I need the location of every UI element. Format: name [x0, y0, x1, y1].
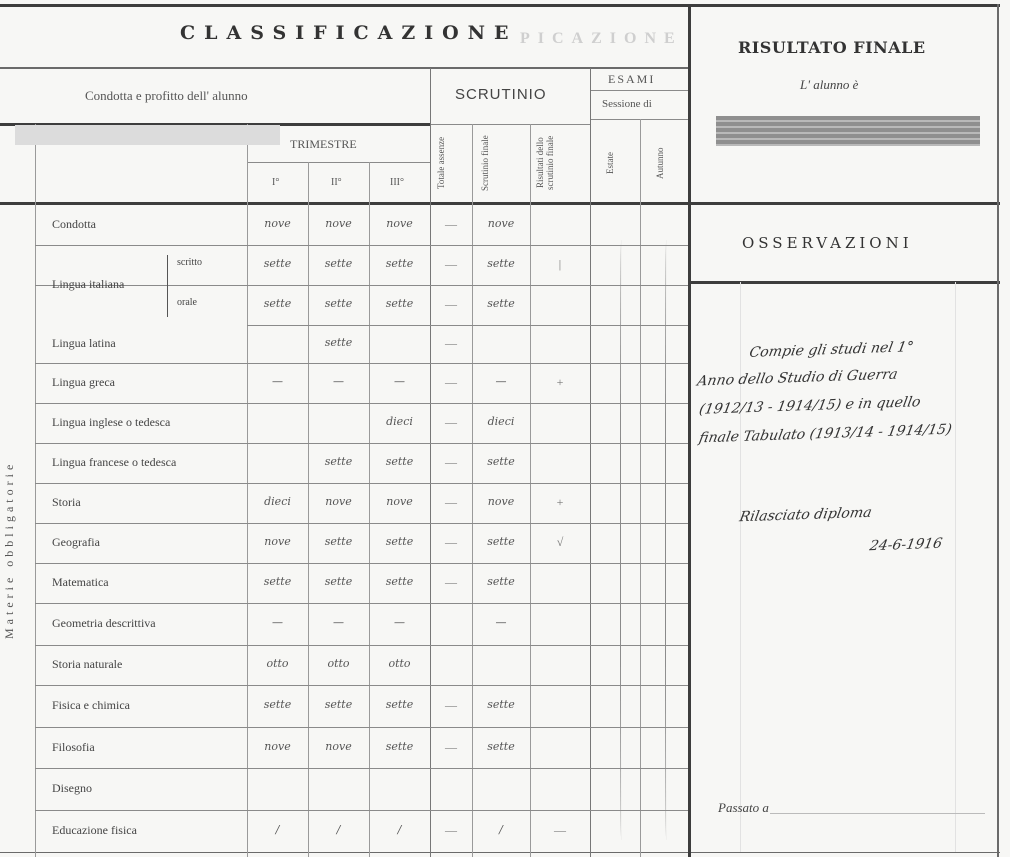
subject-name: Lingua greca	[52, 375, 115, 390]
bleed-col-line	[740, 282, 741, 852]
grade-assenze: —	[430, 297, 472, 312]
grade-t1: dieci	[247, 495, 308, 508]
subject-name: Geografia	[52, 535, 100, 550]
rule-scrutinio-bottom	[430, 124, 590, 125]
grade-assenze: —	[430, 698, 472, 713]
row-divider	[35, 403, 688, 404]
grade-t3: sette	[369, 740, 430, 753]
bleed-through-bar	[15, 125, 280, 145]
grade-t1: otto	[247, 657, 308, 670]
esami-header: ESAMI	[608, 72, 655, 87]
trimestre-1: I°	[272, 177, 279, 188]
grade-t3: otto	[369, 657, 430, 670]
row-divider	[35, 523, 688, 524]
grade-t3: sette	[369, 535, 430, 548]
col-line-finale	[530, 124, 531, 857]
subject-name: Educazione fisica	[52, 823, 137, 838]
grade-t1: sette	[247, 297, 308, 310]
grade-finale: /	[472, 823, 530, 836]
redacted-result	[716, 116, 980, 146]
bottom-border	[0, 852, 1000, 853]
trimestre-3: III°	[390, 177, 404, 188]
subject-name: Lingua francese o tedesca	[52, 455, 176, 470]
subject-name: Disegno	[52, 781, 92, 796]
grade-t2: nove	[308, 495, 369, 508]
rule-trimestre-bottom	[247, 162, 430, 163]
bleed-through-text: PICAZIONE	[520, 30, 683, 48]
top-border	[0, 4, 1000, 7]
grade-finale: sette	[472, 575, 530, 588]
grade-t1: nove	[247, 217, 308, 230]
trimestre-2: II°	[331, 177, 342, 188]
grade-finale: sette	[472, 257, 530, 270]
grade-t1: —	[247, 375, 308, 388]
row-divider	[35, 727, 688, 728]
row-divider	[247, 325, 688, 326]
subject-name: Matematica	[52, 575, 109, 590]
grade-t3: sette	[369, 297, 430, 310]
grade-assenze: —	[430, 257, 472, 272]
row-divider	[35, 483, 688, 484]
row-divider	[35, 245, 688, 246]
subject-name: Lingua latina	[52, 336, 116, 351]
grade-ris: —	[530, 823, 590, 838]
subject-name: Fisica e chimica	[52, 698, 130, 713]
condotta-profitto-header: Condotta e profitto dell' alunno	[85, 88, 248, 104]
subject-subtype: scritto	[177, 257, 202, 268]
estate-header: Estate	[605, 130, 625, 196]
grade-t1: nove	[247, 740, 308, 753]
grade-assenze: —	[430, 495, 472, 510]
grade-t2: —	[308, 375, 369, 388]
passato-a-label: Passato a	[718, 800, 769, 816]
subject-name: Storia naturale	[52, 657, 122, 672]
grade-t2: sette	[308, 698, 369, 711]
subject-name: Lingua italiana	[52, 277, 124, 292]
sessione-di-header: Sessione di	[602, 98, 652, 110]
note-line-1: Compie gli studi nel 1°	[748, 339, 915, 361]
grade-assenze: —	[430, 823, 472, 838]
grade-assenze: —	[430, 217, 472, 232]
grade-t3: dieci	[369, 415, 430, 428]
grade-ris: |	[530, 257, 590, 272]
grade-finale: —	[472, 375, 530, 388]
note-line-3: (1912/13 - 1914/15) e in quello	[698, 394, 922, 418]
grade-t2: sette	[308, 257, 369, 270]
row-divider	[35, 645, 688, 646]
materie-obbligatorie-label: Materie obbligatorie	[2, 395, 32, 705]
subtype-bracket	[167, 255, 168, 317]
grade-assenze: —	[430, 336, 472, 351]
grade-t1: sette	[247, 257, 308, 270]
grade-t1: sette	[247, 698, 308, 711]
right-outer-border	[997, 4, 999, 857]
note-diploma: Rilasciato diploma	[738, 505, 873, 526]
rule-below-title	[0, 67, 690, 69]
grade-t2: nove	[308, 217, 369, 230]
grade-ris: √	[530, 535, 590, 550]
subject-name: Filosofia	[52, 740, 95, 755]
classificazione-title: CLASSIFICAZIONE	[180, 22, 518, 44]
grade-t2: nove	[308, 740, 369, 753]
grade-finale: sette	[472, 698, 530, 711]
subject-name: Condotta	[52, 217, 96, 232]
row-divider	[35, 603, 688, 604]
subject-name: Storia	[52, 495, 81, 510]
grade-assenze: —	[430, 740, 472, 755]
autunno-header: Autunno	[655, 130, 675, 196]
row-divider	[35, 685, 688, 686]
rule-right-risultato-bottom	[690, 202, 1000, 205]
grade-finale: dieci	[472, 415, 530, 428]
grade-t2: sette	[308, 535, 369, 548]
scrutinio-header: SCRUTINIO	[455, 86, 547, 103]
note-line-2: Anno dello Studio di Guerra	[696, 367, 899, 390]
passato-a-line	[770, 813, 985, 814]
grade-t3: sette	[369, 575, 430, 588]
grade-t2: —	[308, 616, 369, 629]
row-divider	[35, 563, 688, 564]
grade-ris: +	[530, 495, 590, 510]
grade-t3: —	[369, 375, 430, 388]
risultati-header: Risultati dello scrutinio finale	[535, 130, 585, 196]
pencil-line-estate	[620, 240, 623, 840]
grade-t2: sette	[308, 297, 369, 310]
grade-t2: otto	[308, 657, 369, 670]
subject-name: Lingua inglese o tedesca	[52, 415, 170, 430]
grade-t2: sette	[308, 575, 369, 588]
grade-finale: nove	[472, 495, 530, 508]
grade-t3: nove	[369, 495, 430, 508]
col-line-risultati	[590, 68, 591, 857]
grade-t1: sette	[247, 575, 308, 588]
col-line-estate	[640, 119, 641, 857]
subject-subtype: orale	[177, 297, 197, 308]
totale-assenze-header: Totale assenze	[436, 130, 466, 196]
alunno-e-label: L' alunno è	[800, 77, 858, 93]
grade-assenze: —	[430, 375, 472, 390]
risultato-finale-title: RISULTATO FINALE	[738, 38, 926, 57]
rule-right-osserv-bottom	[690, 281, 1000, 284]
bleed-col-line-2	[955, 282, 956, 852]
subject-name: Geometria descrittiva	[52, 616, 156, 631]
left-margin-line	[35, 124, 36, 857]
grade-finale: sette	[472, 535, 530, 548]
grade-finale: sette	[472, 455, 530, 468]
grade-t2: /	[308, 823, 369, 836]
grade-finale: sette	[472, 740, 530, 753]
scrutinio-finale-header: Scrutinio finale	[480, 130, 520, 196]
grade-finale: sette	[472, 297, 530, 310]
osservazioni-title: OSSERVAZIONI	[742, 234, 913, 252]
row-divider	[35, 285, 688, 286]
grade-t1: nove	[247, 535, 308, 548]
grade-t2: sette	[308, 336, 369, 349]
grade-t3: sette	[369, 257, 430, 270]
grade-assenze: —	[430, 575, 472, 590]
grade-t3: sette	[369, 698, 430, 711]
pencil-line-autunno	[665, 240, 668, 840]
row-divider	[35, 810, 688, 811]
row-divider	[35, 768, 688, 769]
grade-t1: —	[247, 616, 308, 629]
grade-t2: sette	[308, 455, 369, 468]
grade-assenze: —	[430, 535, 472, 550]
note-diploma-date: 24-6-1916	[868, 536, 943, 554]
rule-esami-bottom	[590, 90, 690, 91]
grade-ris: +	[530, 375, 590, 390]
col-line-main-right	[688, 4, 691, 857]
row-divider	[35, 443, 688, 444]
grade-assenze: —	[430, 415, 472, 430]
grade-t3: nove	[369, 217, 430, 230]
trimestre-header: TRIMESTRE	[290, 137, 357, 152]
grade-t1: /	[247, 823, 308, 836]
grade-t3: —	[369, 616, 430, 629]
note-line-4: finale Tabulato (1913/14 - 1914/15)	[698, 422, 953, 447]
grade-finale: —	[472, 616, 530, 629]
grade-assenze: —	[430, 455, 472, 470]
grade-finale: nove	[472, 217, 530, 230]
row-divider	[35, 363, 688, 364]
grade-t3: sette	[369, 455, 430, 468]
grade-t3: /	[369, 823, 430, 836]
